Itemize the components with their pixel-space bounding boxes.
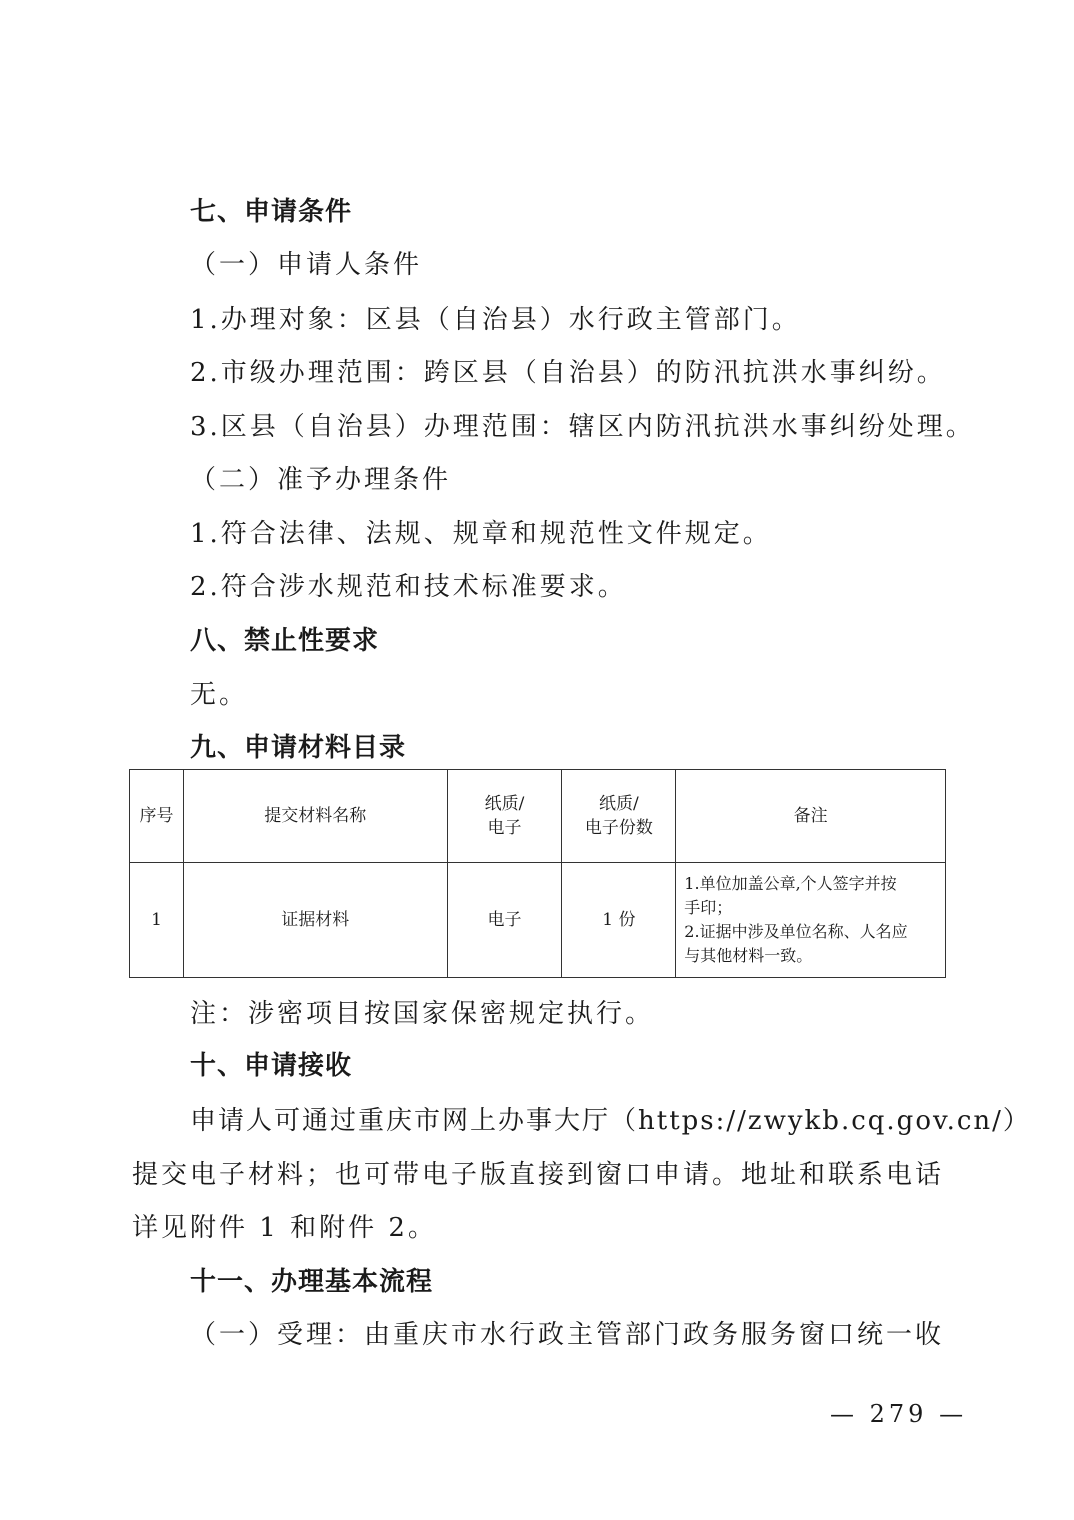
section-8-body: 无。: [190, 678, 248, 712]
section-7-subtitle-2: （二）准予办理条件: [190, 463, 451, 497]
section-7-item-3: 3.区县（自治县）办理范围：辖区内防汛抗洪水事纠纷处理。: [190, 410, 975, 444]
section-9-title: 九、申请材料目录: [190, 731, 406, 765]
cell-type: 电子: [447, 863, 562, 978]
header-name: 提交材料名称: [183, 770, 447, 863]
header-count: 纸质/电子份数: [562, 770, 676, 863]
section-10-line-3: 详见附件 1 和附件 2。: [132, 1211, 437, 1245]
section-7-title: 七、申请条件: [190, 195, 352, 229]
section-8-title: 八、禁止性要求: [190, 624, 379, 658]
section-7-subtitle-1: （一）申请人条件: [190, 248, 422, 282]
section-10-line-2: 提交电子材料；也可带电子版直接到窗口申请。地址和联系电话: [132, 1158, 944, 1192]
section-7-item-5: 2.符合涉水规范和技术标准要求。: [190, 570, 627, 604]
header-type: 纸质/电子: [447, 770, 562, 863]
section-10-line-1: 申请人可通过重庆市网上办事大厅（https://zwykb.cq.gov.cn/…: [190, 1104, 1031, 1138]
cell-count: 1 份: [562, 863, 676, 978]
materials-table: 序号 提交材料名称 纸质/电子 纸质/电子份数 备注 1 证据材料 电子 1 份…: [129, 769, 946, 978]
page-number: — 279 —: [830, 1400, 967, 1428]
section-11-line-1: （一）受理：由重庆市水行政主管部门政务服务窗口统一收: [190, 1318, 944, 1352]
section-7-item-4: 1.符合法律、法规、规章和规范性文件规定。: [190, 517, 772, 551]
section-9-note: 注：涉密项目按国家保密规定执行。: [190, 997, 654, 1031]
cell-name: 证据材料: [183, 863, 447, 978]
header-note: 备注: [676, 770, 946, 863]
table-row: 1 证据材料 电子 1 份 1.单位加盖公章,个人签字并按 手印； 2.证据中涉…: [130, 863, 946, 978]
section-10-title: 十、申请接收: [190, 1049, 352, 1083]
cell-no: 1: [130, 863, 184, 978]
section-7-item-1: 1.办理对象：区县（自治县）水行政主管部门。: [190, 303, 801, 337]
cell-note: 1.单位加盖公章,个人签字并按 手印； 2.证据中涉及单位名称、人名应 与其他材…: [676, 863, 946, 978]
header-no: 序号: [130, 770, 184, 863]
section-11-title: 十一、办理基本流程: [190, 1265, 433, 1299]
table-header-row: 序号 提交材料名称 纸质/电子 纸质/电子份数 备注: [130, 770, 946, 863]
section-7-item-2: 2.市级办理范围：跨区县（自治县）的防汛抗洪水事纠纷。: [190, 356, 946, 390]
